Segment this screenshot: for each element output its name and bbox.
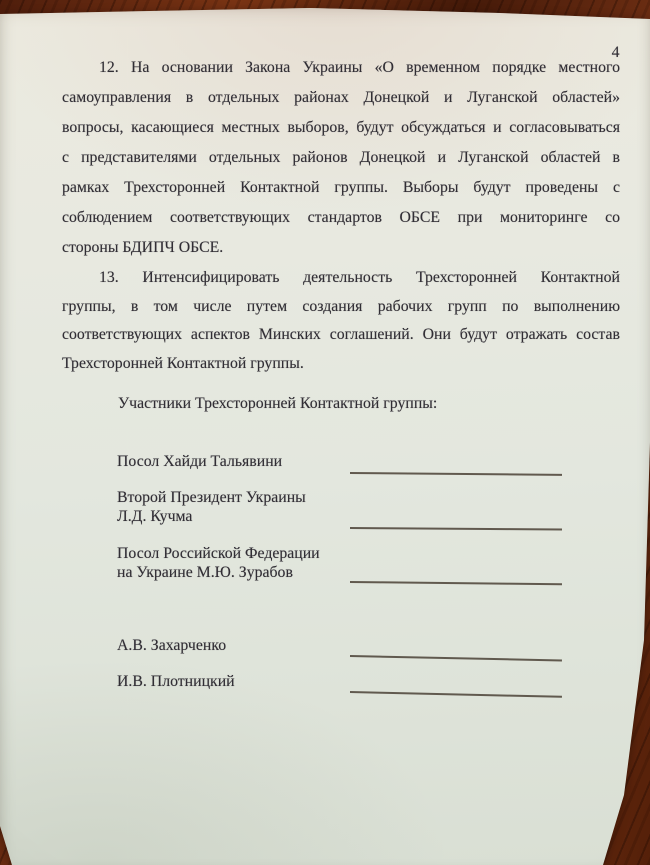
text-line: соблюдением соответствующих стандартов О… xyxy=(62,203,620,233)
photo-background: 4 12. На основании Закона Украины «О вре… xyxy=(0,0,650,865)
text-line: самоуправления в отдельных районах Донец… xyxy=(62,83,620,113)
text-line: с представителями отдельных районов Доне… xyxy=(62,143,620,173)
text-line: группы, в том числе путем создания рабоч… xyxy=(62,293,620,322)
paper-wrap: 4 12. На основании Закона Украины «О вре… xyxy=(0,0,650,865)
signatory-name: И.В. Плотницкий xyxy=(117,672,352,691)
signatory-name: Посол Хайди Тальявини xyxy=(117,452,352,471)
paragraph-13: 13. Интенсифицировать деятельность Трехс… xyxy=(62,264,620,378)
signature-line xyxy=(350,581,562,585)
participants-heading: Участники Трехсторонней Контактной групп… xyxy=(118,394,437,414)
text-line: Трехсторонней Контактной группы. xyxy=(62,350,620,379)
text-line: рамках Трехсторонней Контактной группы. … xyxy=(62,173,620,203)
signatory-name: Посол Российской Федерации на Украине М.… xyxy=(117,544,352,582)
paper-sheet: 4 12. На основании Закона Украины «О вре… xyxy=(0,0,650,865)
signature-line xyxy=(350,472,562,476)
signatory-name: Второй Президент Украины Л.Д. Кучма xyxy=(117,488,352,526)
signature-line xyxy=(350,655,562,661)
signature-line xyxy=(350,691,562,698)
text-line: 13. Интенсифицировать деятельность Трехс… xyxy=(62,264,620,293)
text-line: вопросы, касающиеся местных выборов, буд… xyxy=(62,113,620,143)
signatory-name: А.В. Захарченко xyxy=(117,636,352,655)
paragraph-12: 12. На основании Закона Украины «О време… xyxy=(62,53,620,263)
text-line: 12. На основании Закона Украины «О време… xyxy=(62,53,620,83)
text-line: соответствующих аспектов Минских соглаше… xyxy=(62,321,620,350)
signature-line xyxy=(350,527,562,530)
text-line: стороны БДИПЧ ОБСЕ. xyxy=(62,233,620,263)
